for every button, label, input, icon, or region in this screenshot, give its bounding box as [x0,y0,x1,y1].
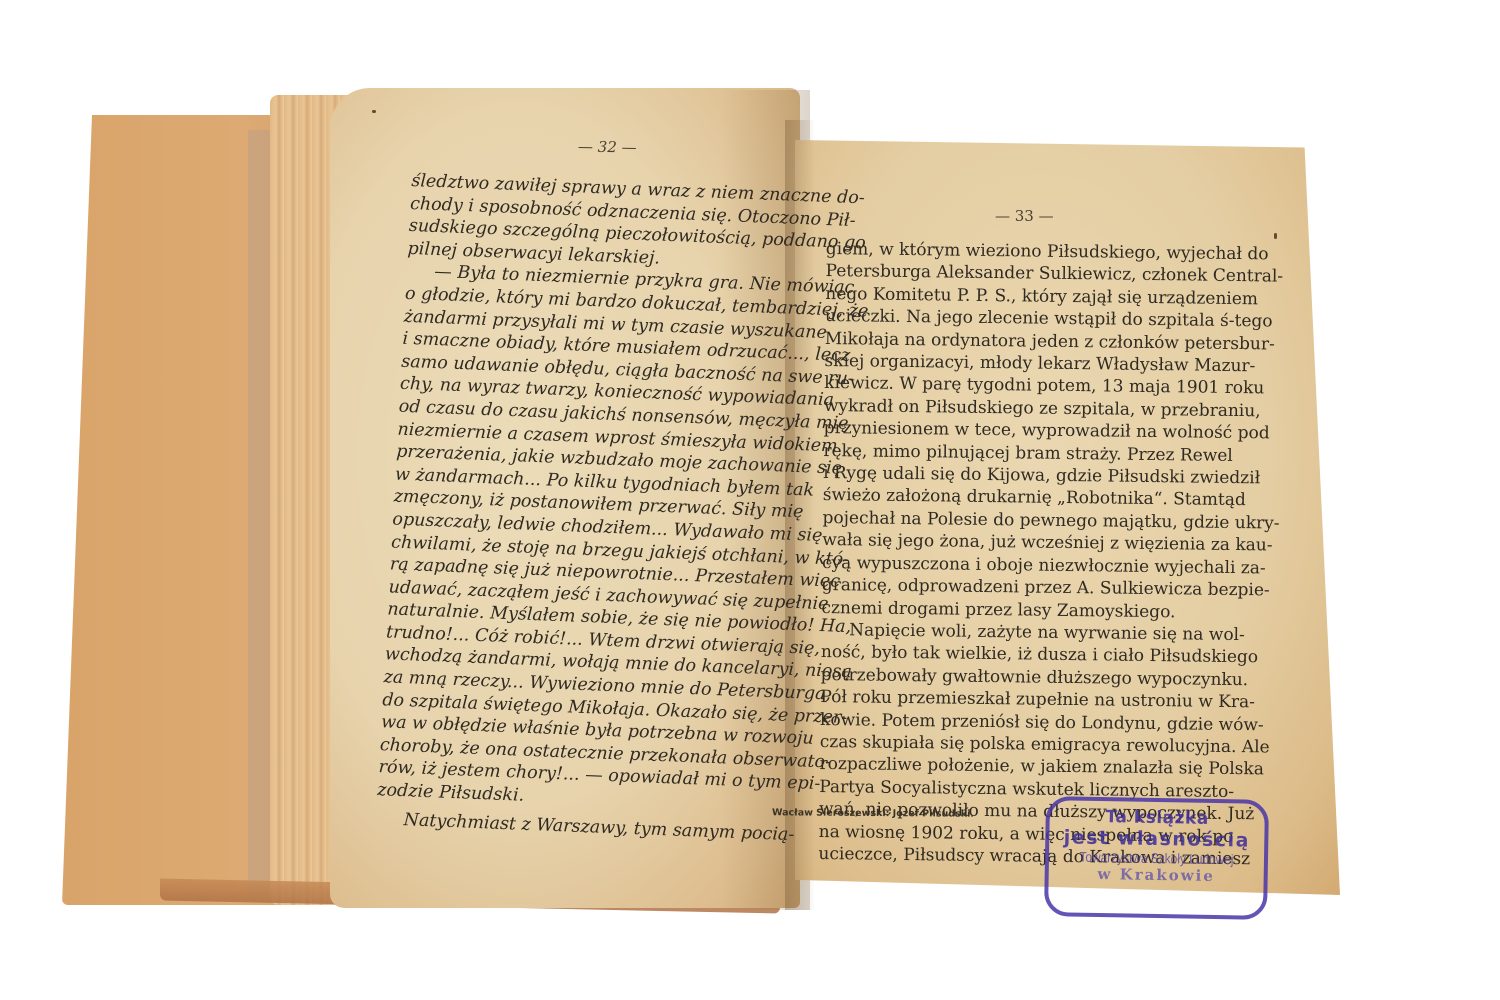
right-page-text: giem, w którym wieziono Piłsudskiego, wy… [818,238,1283,871]
paper-speck [372,110,376,113]
left-page-number: — 32 — [578,137,637,156]
open-book-photo: — 32 — — 33 — śledztwo zawiłej sprawy a … [0,0,1500,1000]
paper-speck [1274,233,1277,239]
running-footer-credit: Wacław Sieroszewski: Józef Piłsudski. [772,807,974,819]
library-ownership-stamp: Ta książka jest własnością Towarzystwa S… [1044,796,1269,920]
stamp-line-4: w Krakowie [1049,864,1264,886]
right-page-number: — 33 — [995,207,1054,225]
stamp-line-3: Towarzystwa Szkoły Ludowej [1065,848,1248,867]
left-page-text: śledztwo zawiłej sprawy a wraz z niem zn… [375,170,879,848]
